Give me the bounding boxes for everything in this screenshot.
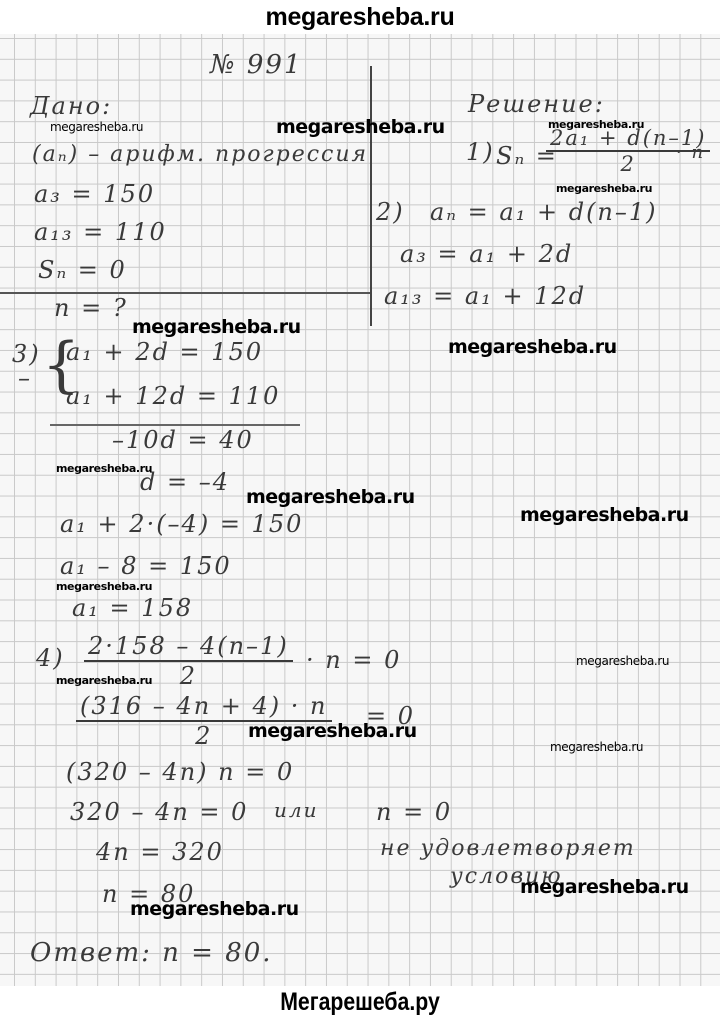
given-label: Дано: [30, 92, 112, 120]
step4d: 320 – 4n = 0 [70, 798, 248, 826]
watermark: megaresheba.ru [520, 876, 689, 898]
site-header-title[interactable]: megaresheba.ru [0, 0, 720, 34]
step2-formula: aₙ = a₁ + d(n–1) [430, 198, 658, 226]
step4d-note1: не удовлетворяет [380, 836, 636, 861]
step4b-numerator: (316 – 4n + 4) · n [76, 692, 332, 722]
given-solution-divider [370, 66, 372, 326]
watermark: megaresheba.ru [448, 336, 617, 358]
watermark: megaresheba.ru [132, 316, 301, 338]
watermark: megaresheba.ru [576, 654, 669, 668]
site-footer-title[interactable]: Мегарешеба.ру [54, 986, 666, 1019]
watermark: megaresheba.ru [548, 118, 644, 131]
watermark: megaresheba.ru [550, 740, 643, 754]
step4c: (320 – 4n) n = 0 [66, 758, 294, 786]
given-find: n = ? [54, 294, 128, 322]
notebook-page: № 991 Дано: (aₙ) – арифм. прогрессия a₃ … [0, 34, 720, 986]
step2-a13: a₁₃ = a₁ + 12d [384, 282, 586, 310]
step3-a1: a₁ = 158 [72, 594, 193, 622]
step1-number: 1) [466, 138, 495, 166]
given-sn: Sₙ = 0 [38, 256, 127, 284]
step2-number: 2) [376, 198, 405, 226]
watermark: megaresheba.ru [56, 674, 152, 687]
step3-eq1: a₁ + 2d = 150 [66, 338, 263, 366]
step4-number: 4) [36, 644, 65, 672]
given-a3: a₃ = 150 [34, 180, 155, 208]
watermark: megaresheba.ru [248, 720, 417, 742]
given-a13: a₁₃ = 110 [34, 218, 167, 246]
solution-label: Решение: [468, 90, 605, 118]
step1-tail: · n [676, 142, 705, 163]
given-sequence: (aₙ) – арифм. прогрессия [32, 142, 368, 167]
step4d-alt: n = 0 [376, 798, 452, 826]
watermark: megaresheba.ru [130, 898, 299, 920]
step3-d: d = –4 [140, 468, 230, 496]
watermark: megaresheba.ru [520, 504, 689, 526]
watermark: megaresheba.ru [556, 182, 652, 195]
step3-eq2: a₁ + 12d = 110 [66, 382, 280, 410]
answer: Ответ: n = 80. [30, 938, 273, 968]
watermark: megaresheba.ru [246, 486, 415, 508]
watermark: megaresheba.ru [50, 120, 143, 134]
watermark: megaresheba.ru [56, 580, 152, 593]
step4e: 4n = 320 [96, 838, 224, 866]
step3-sub: a₁ + 2·(–4) = 150 [60, 510, 303, 538]
step3-minus: – [18, 364, 32, 392]
step4d-or: или [274, 798, 319, 822]
step3-diff: –10d = 40 [112, 426, 254, 454]
step2-a3: a₃ = a₁ + 2d [400, 240, 573, 268]
problem-number: № 991 [210, 50, 303, 80]
watermark: megaresheba.ru [276, 116, 445, 138]
step4-numerator: 2·158 – 4(n–1) [84, 632, 293, 662]
watermark: megaresheba.ru [56, 462, 152, 475]
step3-sub2: a₁ – 8 = 150 [60, 552, 232, 580]
step4-tail: · n = 0 [306, 646, 401, 674]
